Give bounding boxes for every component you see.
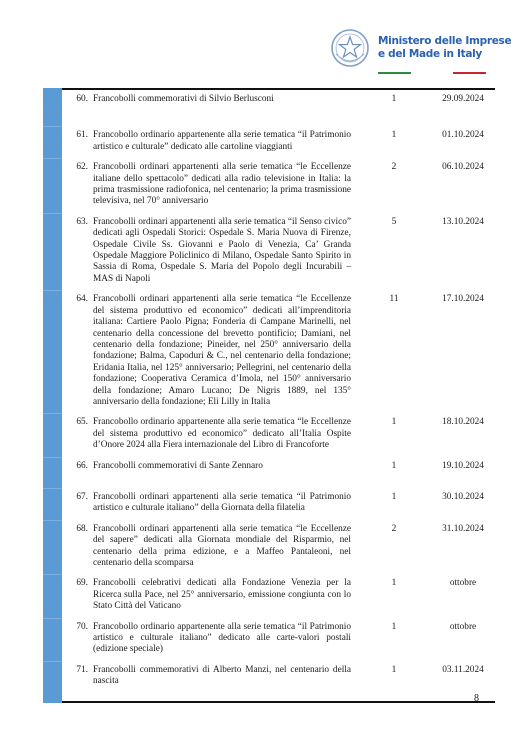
flag-stripe-green bbox=[378, 72, 411, 74]
row-description: Francobollo ordinario appartenente alla … bbox=[93, 130, 351, 153]
ministry-name: Ministero delle Imprese e del Made in It… bbox=[378, 35, 511, 60]
row-number: 60. bbox=[43, 94, 93, 105]
table-bottom-rule bbox=[62, 701, 495, 703]
row-number: 71. bbox=[43, 665, 93, 688]
row-number: 68. bbox=[43, 524, 93, 570]
flag-stripe-red bbox=[453, 72, 486, 74]
table-row: 64.Francobolli ordinari appartenenti all… bbox=[43, 291, 495, 414]
row-description: Francobolli ordinari appartenenti alla s… bbox=[93, 162, 351, 208]
row-description: Francobollo ordinario appartenente alla … bbox=[93, 417, 351, 451]
row-date: 13.10.2024 bbox=[433, 217, 493, 285]
row-quantity: 1 bbox=[351, 94, 433, 105]
table-row: 63.Francobolli ordinari appartenenti all… bbox=[43, 214, 495, 291]
ministry-logo: Ministero delle Imprese e del Made in It… bbox=[330, 28, 510, 78]
row-quantity: 1 bbox=[351, 665, 433, 688]
row-number: 65. bbox=[43, 417, 93, 451]
table-row: 66.Francobolli commemorativi di Sante Ze… bbox=[43, 458, 495, 489]
row-number: 66. bbox=[43, 461, 93, 472]
row-quantity: 2 bbox=[351, 162, 433, 208]
table-row: 60.Francobolli commemorativi di Silvio B… bbox=[43, 91, 495, 127]
table-row: 71.Francobolli commemorativi di Alberto … bbox=[43, 662, 495, 700]
row-description: Francobolli celebrativi dedicati alla Fo… bbox=[93, 578, 351, 612]
table-row: 70.Francobollo ordinario appartenente al… bbox=[43, 619, 495, 662]
ministry-name-line1: Ministero delle Imprese bbox=[378, 35, 511, 48]
ministry-name-line2: e del Made in Italy bbox=[378, 48, 511, 61]
row-date: 03.11.2024 bbox=[433, 665, 493, 688]
row-description: Francobolli ordinari appartenenti alla s… bbox=[93, 294, 351, 408]
row-description: Francobolli commemorativi di Sante Zenna… bbox=[93, 461, 351, 472]
italian-republic-emblem-icon bbox=[330, 28, 370, 68]
row-description: Francobolli ordinari appartenenti alla s… bbox=[93, 492, 351, 515]
row-description: Francobolli ordinari appartenenti alla s… bbox=[93, 217, 351, 285]
row-date: 17.10.2024 bbox=[433, 294, 493, 408]
row-description: Francobolli ordinari appartenenti alla s… bbox=[93, 524, 351, 570]
row-description: Francobolli commemorativi di Alberto Man… bbox=[93, 665, 351, 688]
row-quantity: 1 bbox=[351, 130, 433, 153]
row-number: 67. bbox=[43, 492, 93, 515]
row-date: ottobre bbox=[433, 622, 493, 656]
row-number: 64. bbox=[43, 294, 93, 408]
row-quantity: 1 bbox=[351, 417, 433, 451]
table-row: 61.Francobollo ordinario appartenente al… bbox=[43, 127, 495, 159]
row-date: 18.10.2024 bbox=[433, 417, 493, 451]
row-date: 19.10.2024 bbox=[433, 461, 493, 472]
row-date: 30.10.2024 bbox=[433, 492, 493, 515]
table-row: 69.Francobolli celebrativi dedicati alla… bbox=[43, 575, 495, 618]
table-row: 67.Francobolli ordinari appartenenti all… bbox=[43, 489, 495, 521]
row-description: Francobolli commemorativi di Silvio Berl… bbox=[93, 94, 351, 105]
table-row: 68.Francobolli ordinari appartenenti all… bbox=[43, 521, 495, 576]
row-quantity: 1 bbox=[351, 461, 433, 472]
row-date: ottobre bbox=[433, 578, 493, 612]
row-date: 01.10.2024 bbox=[433, 130, 493, 153]
row-quantity: 5 bbox=[351, 217, 433, 285]
row-date: 06.10.2024 bbox=[433, 162, 493, 208]
row-quantity: 11 bbox=[351, 294, 433, 408]
stamp-issues-table: 60.Francobolli commemorativi di Silvio B… bbox=[43, 88, 495, 703]
row-number: 63. bbox=[43, 217, 93, 285]
row-number: 62. bbox=[43, 162, 93, 208]
row-number: 69. bbox=[43, 578, 93, 612]
row-quantity: 1 bbox=[351, 578, 433, 612]
row-quantity: 2 bbox=[351, 524, 433, 570]
row-number: 61. bbox=[43, 130, 93, 153]
row-number: 70. bbox=[43, 622, 93, 656]
row-quantity: 1 bbox=[351, 622, 433, 656]
row-date: 29.09.2024 bbox=[433, 94, 493, 105]
row-description: Francobollo ordinario appartenente alla … bbox=[93, 622, 351, 656]
table-row: 65.Francobollo ordinario appartenente al… bbox=[43, 414, 495, 457]
table-row: 62.Francobolli ordinari appartenenti all… bbox=[43, 159, 495, 214]
page-number: 8 bbox=[474, 693, 479, 704]
table-body: 60.Francobolli commemorativi di Silvio B… bbox=[43, 88, 495, 703]
row-date: 31.10.2024 bbox=[433, 524, 493, 570]
row-quantity: 1 bbox=[351, 492, 433, 515]
